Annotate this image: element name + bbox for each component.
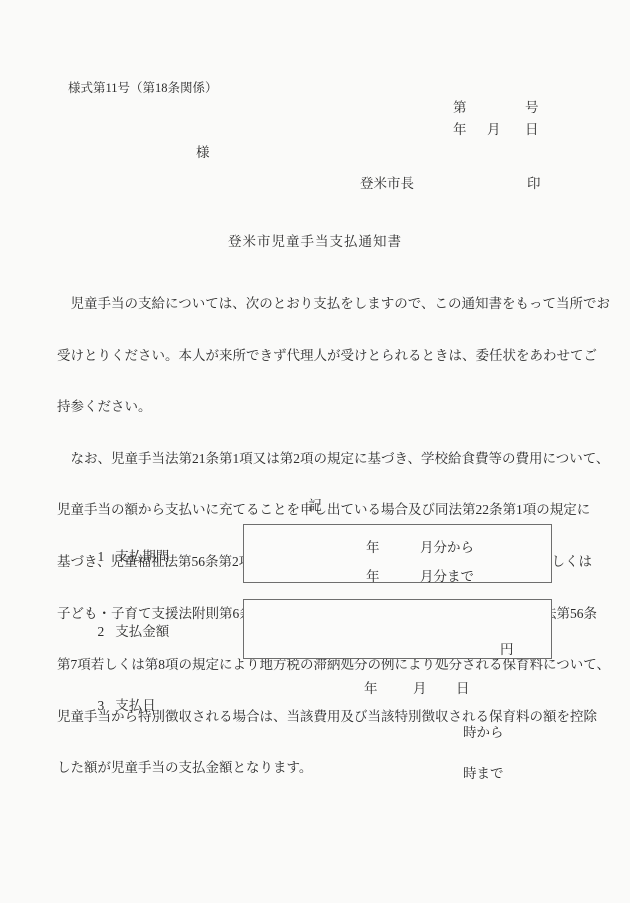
body-line: なお、児童手当法第21条第1項又は第2項の規定に基づき、学校給食費等の費用につい… — [57, 449, 587, 469]
body-line: 児童手当の支給については、次のとおり支払をしますので、この通知書をもって当所でお — [57, 294, 587, 314]
body-line: した額が児童手当の支払金額となります。 — [57, 758, 587, 778]
period-to-year-label: 年 — [366, 565, 380, 585]
body-line: 持参ください。 — [57, 397, 587, 417]
document-title: 登米市児童手当支払通知書 — [0, 230, 630, 250]
payday-year-label: 年 — [364, 677, 378, 697]
addressee-honorific: 様 — [196, 141, 210, 161]
amount-unit-label: 円 — [500, 638, 514, 658]
item-label: 支払日 — [115, 698, 156, 713]
item-number: 2 — [98, 624, 105, 640]
body-line: 受けとりください。本人が来所できず代理人が受けとられるときは、委任状をあわせてご — [57, 346, 587, 366]
doc-number-suffix: 号 — [525, 96, 539, 116]
period-from-suffix: 月分から — [420, 536, 474, 556]
item-label: 支払金額 — [115, 624, 169, 639]
item-number: 1 — [98, 549, 105, 565]
doc-number-prefix: 第 — [453, 96, 467, 116]
item-label: 支払期間 — [115, 549, 169, 564]
period-from-year-label: 年 — [366, 536, 380, 556]
issue-date-day-label: 日 — [525, 118, 539, 138]
document-page: 様式第11号（第18条関係） 第 号 年 月 日 様 登米市長 印 登米市児童手… — [0, 0, 630, 903]
item-payment-amount: 2支払金額 — [84, 604, 169, 656]
payday-time-from-label: 時から — [463, 721, 504, 741]
item-payment-day: 3支払日 — [84, 678, 156, 730]
payment-period-box — [243, 524, 552, 583]
seal-mark: 印 — [527, 172, 541, 192]
issuer-name: 登米市長 — [360, 172, 414, 192]
period-to-suffix: 月分まで — [420, 565, 474, 585]
payday-day-label: 日 — [456, 677, 470, 697]
record-heading: 記 — [0, 494, 630, 514]
issue-date-year-label: 年 — [453, 118, 467, 138]
item-number: 3 — [98, 698, 105, 714]
item-payment-period: 1支払期間 — [84, 529, 169, 581]
issue-date-month-label: 月 — [487, 118, 501, 138]
payday-time-to-label: 時まで — [463, 762, 504, 782]
payday-month-label: 月 — [413, 677, 427, 697]
form-code-label: 様式第11号（第18条関係） — [68, 78, 218, 96]
